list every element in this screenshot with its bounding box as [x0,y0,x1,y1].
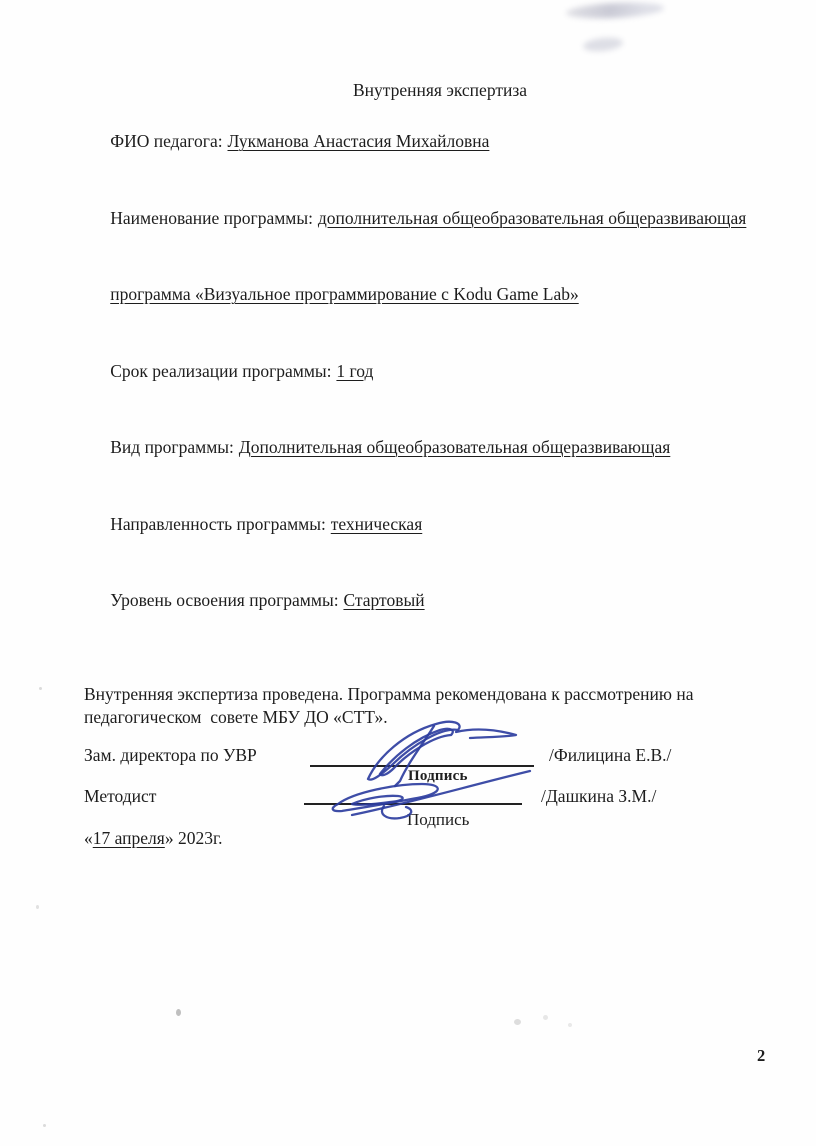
signatory-role: Зам. директора по УВР [84,745,257,766]
field-line-program-name: Наименование программы:дополнительная об… [84,180,770,257]
date-open-quote: « [84,828,93,848]
signatory-role: Методист [84,786,156,807]
field-line-duration: Срок реализации программы:1 год [84,333,770,410]
field-line-pedagog-name: ФИО педагога:Лукманова Анастасия Михайло… [84,104,770,181]
document-title: Внутренняя экспертиза [84,78,770,104]
signature-scribble [322,771,536,825]
field-value: Стартовый [343,590,424,610]
field-value: техническая [331,514,423,534]
scan-speck [43,1124,46,1127]
field-value: программа «Визуальное программирование с… [110,284,578,304]
field-label: Вид программы: [110,437,234,457]
scan-speck [568,1023,572,1027]
scan-speck [176,1009,181,1016]
document-page: Внутренняя экспертиза ФИО педагога:Лукма… [0,0,816,1146]
field-label: Срок реализации программы: [110,361,331,381]
scan-speck [543,1015,548,1020]
field-label: ФИО педагога: [110,131,222,151]
field-value: дополнительная общеобразовательная общер… [318,208,746,228]
document-content: Внутренняя экспертиза ФИО педагога:Лукма… [0,0,816,909]
scan-speck [514,1019,521,1025]
date-year: » 2023г. [165,828,223,848]
signature-section: Зам. директора по УВР Подпись /Филицина … [84,729,770,909]
field-label: Уровень освоения программы: [110,590,338,610]
field-line-level: Уровень освоения программы:Стартовый [84,563,770,640]
field-label: Наименование программы: [110,208,313,228]
page-number: 2 [757,1046,765,1066]
signatory-name: /Дашкина З.М./ [541,786,656,807]
field-line-program-type: Вид программы:Дополнительная общеобразов… [84,410,770,487]
signatory-name: /Филицина Е.В./ [549,745,671,766]
field-value: Дополнительная общеобразовательная общер… [239,437,671,457]
field-label: Направленность программы: [110,514,326,534]
field-value: Лукманова Анастасия Михайловна [228,131,490,151]
field-value: 1 год [336,361,373,381]
field-line-program-name-continued: программа «Визуальное программирование с… [84,257,770,334]
date-day-month: 17 апреля [93,828,165,848]
field-line-orientation: Направленность программы:техническая [84,486,770,563]
date-line: «17 апреля» 2023г. [84,828,223,849]
